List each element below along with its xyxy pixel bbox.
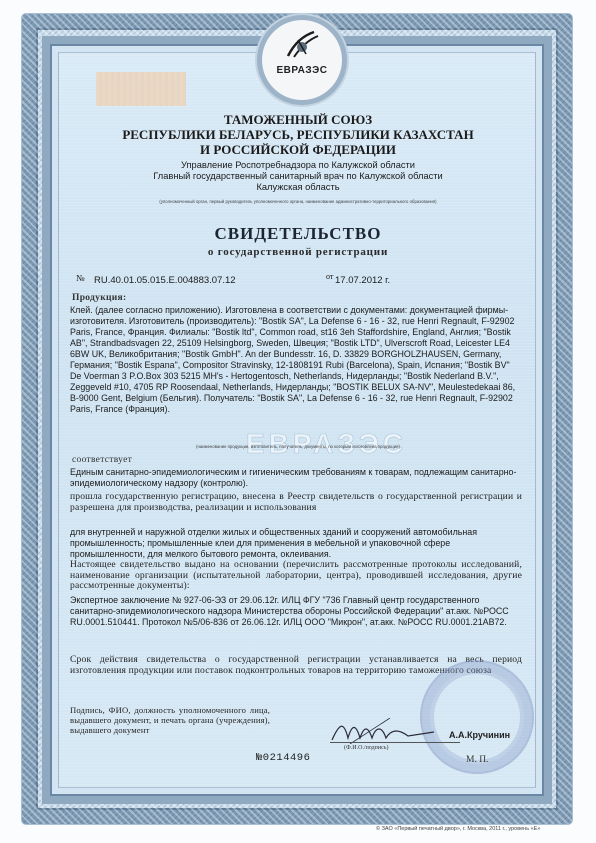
product-caption: (наименование продукции, изготовитель, п… <box>66 444 530 449</box>
emblem-label: ЕВРАЗЭС <box>262 65 342 76</box>
registration-statement: прошла государственную регистрацию, внес… <box>70 492 522 513</box>
conformity-label: соответствует <box>72 455 536 465</box>
signature-line-caption: (Ф.И.О./подпись) <box>344 745 388 751</box>
basis-statement: Настоящее свидетельство выдано на основа… <box>70 560 522 592</box>
product-usage: для внутренней и наружной отделки жилых … <box>70 527 522 560</box>
basis-documents: Экспертное заключение № 927-06-ЭЗ от 29.… <box>70 595 522 628</box>
stamp-place-mark: М. П. <box>466 755 488 765</box>
registration-date: 17.07.2012 г. <box>335 275 390 286</box>
printer-note: © ЗАО «Первый печатный двор», г. Москва,… <box>376 826 540 832</box>
conformity-requirements: Единым санитарно-эпидемиологическим и ги… <box>70 467 522 489</box>
authority-line: Калужская область <box>66 182 530 193</box>
document-subtitle: о государственной регистрации <box>66 246 530 258</box>
number-symbol: № <box>76 273 85 283</box>
signature-caption: Подпись, ФИО, должность уполномоченного … <box>70 705 270 735</box>
registration-number-row: № RU.40.01.05.015.E.004883.07.12 от 17.0… <box>66 275 530 289</box>
signer-name: А.А.Кручинин <box>449 730 510 740</box>
signature-line <box>330 742 460 743</box>
hologram-strip <box>96 72 186 106</box>
issuing-authority: Управление Роспотребнадзора по Калужской… <box>66 160 530 193</box>
eurasec-emblem-icon <box>284 30 320 60</box>
certificate-sheet: ЕВРАЗЭС ТАМОЖЕННЫЙ СОЮЗ РЕСПУБЛИКИ БЕЛАР… <box>0 0 596 843</box>
union-line: И РОССИЙСКОЙ ФЕДЕРАЦИИ <box>66 142 530 157</box>
form-serial-number: №0214496 <box>256 752 310 764</box>
product-label: Продукция: <box>72 293 536 303</box>
product-description: Клей. (далее согласно приложению). Изгот… <box>70 305 522 415</box>
authority-caption: (уполномоченный орган, первый руководите… <box>66 199 530 204</box>
eurasec-emblem: ЕВРАЗЭС <box>262 20 342 100</box>
authority-line: Главный государственный санитарный врач … <box>66 171 530 182</box>
handwritten-signature-icon <box>330 718 440 744</box>
union-title: ТАМОЖЕННЫЙ СОЮЗ РЕСПУБЛИКИ БЕЛАРУСЬ, РЕС… <box>66 112 530 157</box>
registration-number: RU.40.01.05.015.E.004883.07.12 <box>94 275 236 286</box>
union-line: ТАМОЖЕННЫЙ СОЮЗ <box>66 112 530 127</box>
union-line: РЕСПУБЛИКИ БЕЛАРУСЬ, РЕСПУБЛИКИ КАЗАХСТА… <box>66 127 530 142</box>
document-title: СВИДЕТЕЛЬСТВО <box>66 224 530 244</box>
authority-line: Управление Роспотребнадзора по Калужской… <box>66 160 530 171</box>
date-prefix: от <box>326 272 333 281</box>
